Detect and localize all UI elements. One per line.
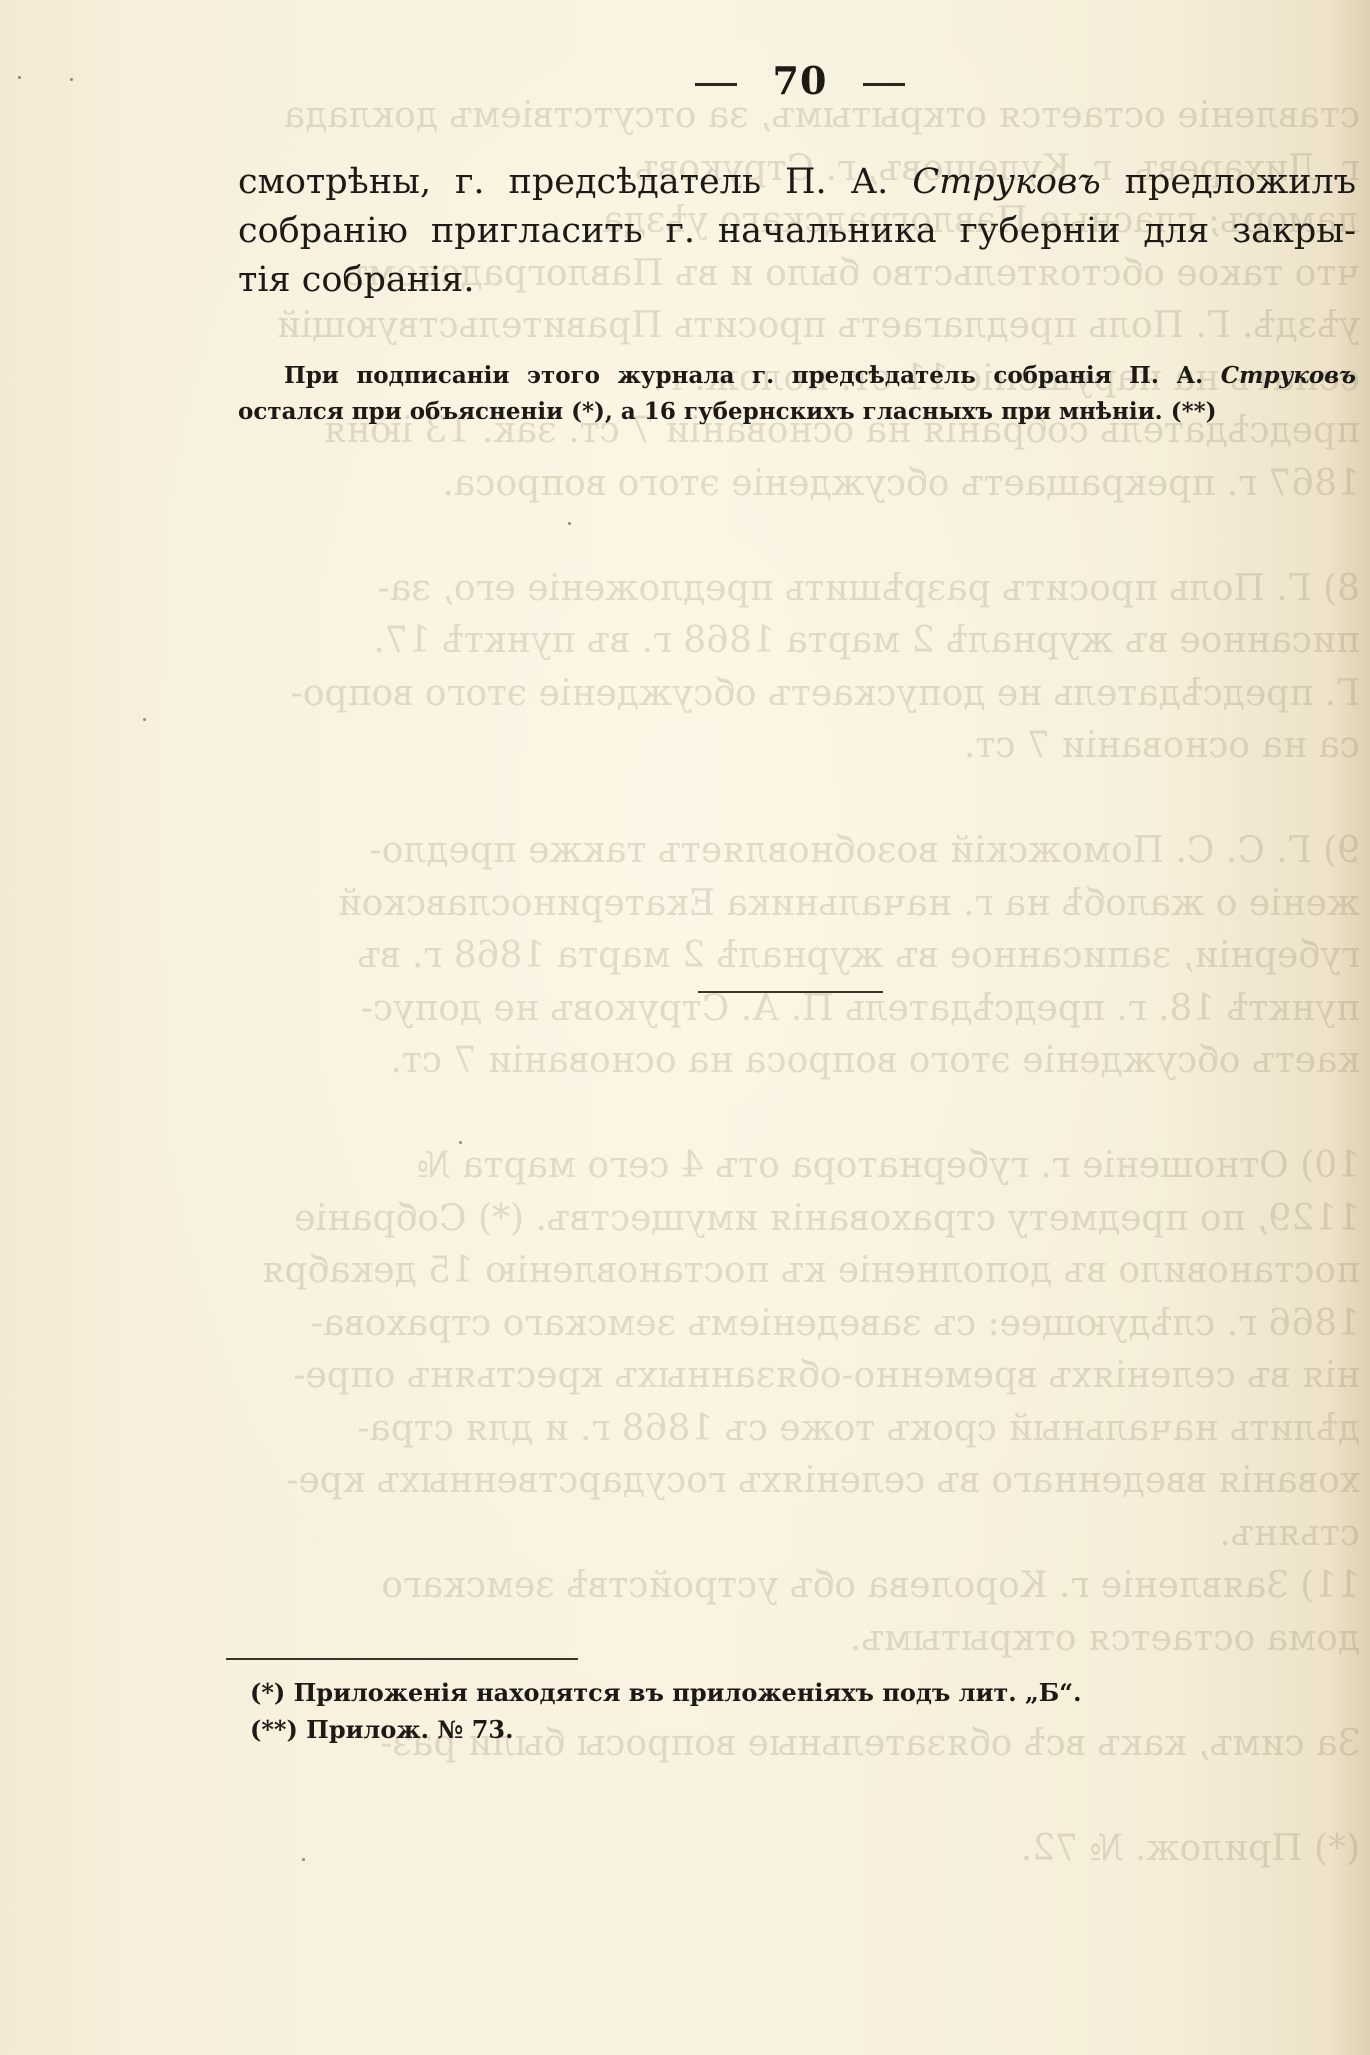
body-paragraph: смотрѣны, г. предсѣдатель П. А. Струковъ… [238,158,1356,305]
body-text-run: смотрѣны, г. предсѣдатель П. А. [238,162,912,202]
page-edge-shadow [1330,0,1370,2055]
person-name-italic: Струковъ [1221,362,1356,389]
footnote-marker: (**) [250,1715,298,1744]
section-divider [698,991,883,993]
page-number-dash-right [863,83,905,86]
paper-speck [302,1858,305,1861]
paper-speck [459,1141,462,1144]
page-number: 70 [0,58,1370,103]
signing-note: При подписаніи этого журнала г. предсѣда… [238,358,1356,430]
footnote-text: Приложенія находятся въ приложеніяхъ под… [294,1678,1082,1707]
body-line: смотрѣны, г. предсѣдатель П. А. Струковъ… [238,158,1356,207]
footnote-item: (**) Прилож. № 73. [250,1711,1150,1748]
signing-note-line: остался при объясненіи (*), а 16 губернс… [238,394,1356,430]
body-text-run: предложилъ [1101,162,1356,202]
page-number-dash-left [695,83,737,86]
page-number-value: 70 [773,58,828,103]
footnote-marker: (*) [250,1678,285,1707]
footnote-rule [226,1658,578,1660]
body-line: собранію пригласить г. начальника губерн… [238,207,1356,256]
footnote-item: (*) Приложенія находятся въ приложеніяхъ… [250,1674,1150,1711]
paper-speck [568,522,571,525]
footnote-text: Прилож. № 73. [306,1715,513,1744]
signing-note-text: При подписаніи этого журнала г. предсѣда… [284,362,1221,389]
footnotes: (*) Приложенія находятся въ приложеніяхъ… [250,1674,1150,1748]
paper-speck [143,718,146,721]
scanned-page: ставленіе остается открытымъ, за отсутст… [0,0,1370,2055]
body-line: тія собранія. [238,256,1356,305]
person-name-italic: Струковъ [912,162,1100,202]
signing-note-line: При подписаніи этого журнала г. предсѣда… [238,358,1356,394]
